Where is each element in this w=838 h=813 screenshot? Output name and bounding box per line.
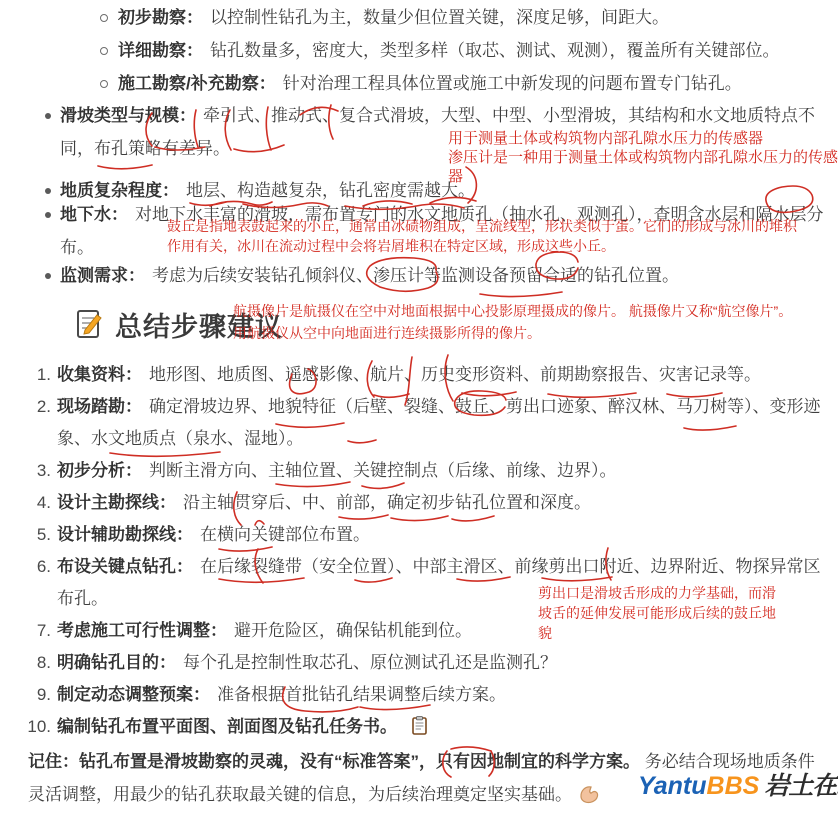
- document-page: 初步勘察：以控制性钻孔为主，数量少但位置关键，深度足够，间距大。 详细勘察：钻孔…: [0, 0, 838, 813]
- step-number: 10.: [25, 711, 51, 743]
- disc-bullet-icon: [45, 113, 51, 119]
- annotation-aerial-photo: 航摄像片是航摄仪在空中对地面根据中心投影原理摄成的像片。 航摄像片又称“航空像片…: [233, 300, 793, 344]
- circle-bullet-icon: [100, 47, 108, 55]
- step-label: 现场踏勘：: [57, 397, 142, 416]
- watermark-yantu: Yantu: [638, 772, 707, 800]
- remember-bold: 记住：钻孔布置是滑坡勘察的灵魂，没有“标准答案”，只有因地制宜的科学方案。: [28, 752, 640, 771]
- step-number: 6.: [25, 551, 51, 583]
- circle-bullet-icon: [100, 80, 108, 88]
- item-label: 监测需求：: [60, 266, 145, 285]
- memo-icon: [73, 308, 105, 340]
- annotation-piezometer: 用于测量土体或构筑物内部孔隙水压力的传感器 渗压计是一种用于测量土体或构筑物内部…: [448, 129, 838, 186]
- watermark-bbs: BBS: [707, 772, 760, 800]
- list-item: 9.制定动态调整预案：准备根据首批钻孔结果调整后续方案。: [25, 679, 837, 711]
- clipboard-icon: [412, 716, 427, 735]
- item-label: 滑坡类型与规模：: [60, 106, 196, 125]
- item-label: 详细勘察：: [118, 41, 203, 60]
- list-item: 1.收集资料：地形图、地质图、遥感影像、航片、历史变形资料、前期勘察报告、灾害记…: [25, 359, 837, 391]
- step-text: 判断主滑方向、主轴位置、关键控制点（后缘、前缘、边界）。: [149, 461, 617, 480]
- step-label: 初步分析：: [57, 461, 142, 480]
- step-number: 9.: [25, 679, 51, 711]
- circle-bullet-icon: [100, 14, 108, 22]
- annotation-line: 渗压计是一种用于测量土体或构筑物内部孔隙水压力的传感器: [448, 148, 838, 186]
- list-item: 8.明确钻孔目的：每个孔是控制性取芯孔、原位测试孔还是监测孔？: [25, 647, 837, 679]
- step-number: 4.: [25, 487, 51, 519]
- step-number: 8.: [25, 647, 51, 679]
- step-number: 3.: [25, 455, 51, 487]
- item-text: 考虑为后续安装钻孔倾斜仪、渗压计等监测设备预留合适的钻孔位置。: [152, 266, 679, 285]
- step-label: 编制钻孔布置平面图、剖面图及钻孔任务书。: [57, 717, 397, 736]
- phase-list: 初步勘察：以控制性钻孔为主，数量少但位置关键，深度足够，间距大。 详细勘察：钻孔…: [98, 1, 828, 100]
- step-label: 收集资料：: [57, 365, 142, 384]
- list-item: 10.编制钻孔布置平面图、剖面图及钻孔任务书。: [25, 711, 837, 743]
- item-label: 初步勘察：: [118, 8, 203, 27]
- annotation-shear-outlet: 剪出口是滑坡舌形成的力学基础，而滑坡舌的延伸发展可能形成后续的鼓丘地貌: [538, 583, 783, 643]
- item-text: 钻孔数量多，密度大，类型多样（取芯、测试、观测），覆盖所有关键部位。: [210, 41, 780, 60]
- step-number: 1.: [25, 359, 51, 391]
- list-item: 初步勘察：以控制性钻孔为主，数量少但位置关键，深度足够，间距大。: [98, 1, 828, 34]
- disc-bullet-icon: [45, 273, 51, 279]
- yantubbs-watermark: YantuBBS岩土在线: [638, 766, 838, 802]
- step-label: 明确钻孔目的：: [57, 653, 176, 672]
- step-text: 沿主轴贯穿后、中、前部，确定初步钻孔位置和深度。: [183, 493, 591, 512]
- list-item: 施工勘察/补充勘察：针对治理工程具体位置或施工中新发现的问题布置专门钻孔。: [98, 67, 828, 100]
- annotation-line: 用于测量土体或构筑物内部孔隙水压力的传感器: [448, 129, 838, 148]
- step-text: 准备根据首批钻孔结果调整后续方案。: [217, 685, 506, 704]
- step-text: 确定滑坡边界、地貌特征（后壁、裂缝、鼓丘、剪出口迹象、醉汉林、马刀树等）、变形迹…: [57, 397, 821, 448]
- step-text: 在横向关键部位布置。: [200, 525, 370, 544]
- list-item: 3.初步分析：判断主滑方向、主轴位置、关键控制点（后缘、前缘、边界）。: [25, 455, 837, 487]
- step-label: 制定动态调整预案：: [57, 685, 210, 704]
- list-item: 5.设计辅助勘探线：在横向关键部位布置。: [25, 519, 837, 551]
- annotation-drumlin: 鼓丘是指地表鼓起来的小丘，通常由冰碛物组成，呈流线型，形状类似于蛋。它们的形成与…: [167, 216, 807, 256]
- step-label: 考虑施工可行性调整：: [57, 621, 227, 640]
- list-item: 监测需求：考虑为后续安装钻孔倾斜仪、渗压计等监测设备预留合适的钻孔位置。: [45, 259, 838, 292]
- step-label: 布设关键点钻孔：: [57, 557, 193, 576]
- list-item: 详细勘察：钻孔数量多，密度大，类型多样（取芯、测试、观测），覆盖所有关键部位。: [98, 34, 828, 67]
- muscle-icon: [578, 783, 600, 805]
- step-text: 避开危险区，确保钻机能到位。: [234, 621, 472, 640]
- item-label: 地下水：: [60, 205, 128, 224]
- step-label: 设计辅助勘探线：: [57, 525, 193, 544]
- watermark-cn: 岩土在线: [764, 772, 838, 800]
- steps-list: 1.收集资料：地形图、地质图、遥感影像、航片、历史变形资料、前期勘察报告、灾害记…: [25, 359, 837, 743]
- disc-bullet-icon: [45, 188, 51, 194]
- list-item: 2.现场踏勘：确定滑坡边界、地貌特征（后壁、裂缝、鼓丘、剪出口迹象、醉汉林、马刀…: [25, 391, 837, 455]
- item-text: 针对治理工程具体位置或施工中新发现的问题布置专门钻孔。: [283, 74, 742, 93]
- step-text: 每个孔是控制性取芯孔、原位测试孔还是监测孔？: [183, 653, 557, 672]
- step-text: 地形图、地质图、遥感影像、航片、历史变形资料、前期勘察报告、灾害记录等。: [149, 365, 761, 384]
- disc-bullet-icon: [45, 212, 51, 218]
- step-number: 5.: [25, 519, 51, 551]
- item-text: 以控制性钻孔为主，数量少但位置关键，深度足够，间距大。: [210, 8, 669, 27]
- step-number: 7.: [25, 615, 51, 647]
- item-label: 施工勘察/补充勘察：: [118, 74, 276, 93]
- list-item: 4.设计主勘探线：沿主轴贯穿后、中、前部，确定初步钻孔位置和深度。: [25, 487, 837, 519]
- step-label: 设计主勘探线：: [57, 493, 176, 512]
- step-number: 2.: [25, 391, 51, 423]
